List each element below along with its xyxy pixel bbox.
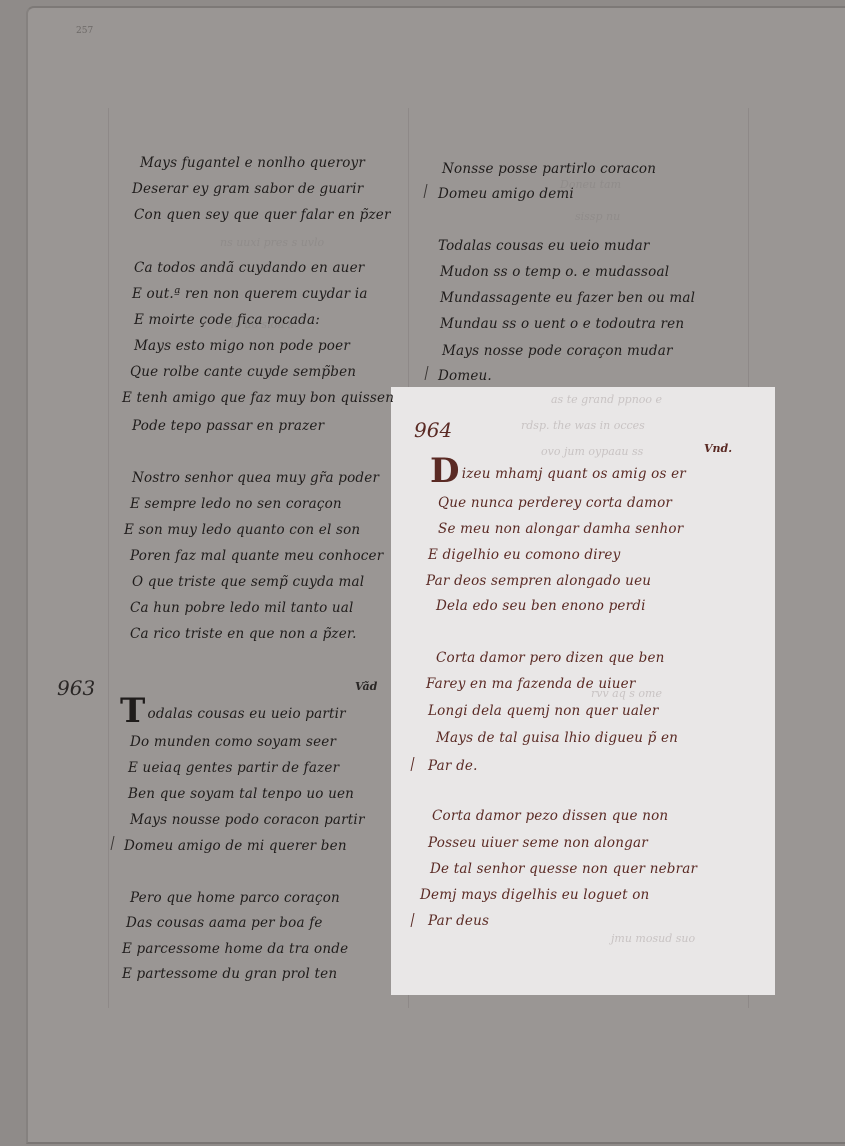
verse-line: O que triste que semp̃ cuyda mal — [132, 574, 364, 590]
verse-line: Longi dela quemj non quer ualer — [428, 703, 659, 719]
poem-number: 963 — [57, 676, 95, 700]
drop-cap: D — [430, 451, 460, 491]
verse-line: Mundassagente eu fazer ben ou mal — [440, 290, 695, 306]
verse-line: Nonsse posse partirlo coracon — [442, 161, 656, 177]
poem-number: 964 — [414, 418, 452, 442]
verse-line: Ca todos andã cuydando en auer — [134, 260, 364, 276]
bleed-through-text: jmu mosud suo — [611, 932, 695, 945]
verse-line: Par de. — [428, 758, 478, 774]
verse-line: Demj mays digelhis eu loguet on — [420, 887, 649, 903]
verse-line: Pero que home parco coraçon — [130, 890, 340, 906]
folio-number: 257 — [76, 26, 93, 36]
verse-line: Se meu non alongar damha senhor — [438, 521, 683, 537]
verse-line: Domeu amigo de mi querer ben — [124, 838, 347, 854]
bleed-through-text: sissp nu — [575, 210, 620, 223]
verse-line: Dela edo seu ben enono perdi — [436, 598, 646, 614]
verse-line: Ca hun pobre ledo mil tanto ual — [130, 600, 354, 616]
verse-line: Corta damor pezo dissen que non — [432, 808, 668, 824]
verse-line: Domeu amigo demi — [438, 186, 574, 202]
verse-line: Deserar ey gram sabor de guarir — [132, 181, 363, 197]
verse-line: Pode tepo passar en prazer — [132, 418, 324, 434]
verse-line: Par deos sempren alongado ueu — [426, 573, 651, 589]
margin-annotation: Vnd. — [704, 442, 732, 455]
verse-line: Con quen sey que quer falar en p̃zer — [134, 207, 391, 223]
verse-line: Todalas cousas eu ueio mudar — [438, 238, 650, 254]
verse-line: E moirte çode fica rocada: — [134, 312, 320, 328]
verse-line: E ueiaq gentes partir de fazer — [128, 760, 339, 776]
verse-line: Domeu. — [438, 368, 492, 384]
verse-line: Mudon ss o temp o. e mudassoal — [440, 264, 669, 280]
verse-line: E out.ª ren non querem cuydar ia — [132, 286, 368, 302]
verse-line: Corta damor pero dizen que ben — [436, 650, 665, 666]
verse-line: Poren faz mal quante meu conhocer — [130, 548, 383, 564]
verse-line: Posseu uiuer seme non alongar — [428, 835, 648, 851]
verse-text: izeu mhamj quant os amig os er — [462, 466, 686, 482]
verse-line: De tal senhor quesse non quer nebrar — [430, 861, 697, 877]
verse-line: Mays esto migo non pode poer — [134, 338, 350, 354]
verse-line: Que nunca perderey corta damor — [438, 495, 672, 511]
bleed-through-text: rdsp. the was in occes — [521, 419, 645, 432]
verse-line: Que rolbe cante cuyde semp̃ben — [130, 364, 356, 380]
margin-annotation: Vãd — [355, 680, 377, 693]
verse-line: E partessome du gran prol ten — [122, 966, 337, 982]
verse-line-with-initial: Dizeu mhamj quant os amig os er — [430, 466, 686, 482]
verse-line: Mays fugantel e nonlho queroyr — [140, 155, 365, 171]
verse-line: E parcessome home da tra onde — [122, 941, 348, 957]
bleed-through-text: ns uuxi pres s uvlo — [220, 236, 324, 249]
verse-line: Mundau ss o uent o e todoutra ren — [440, 316, 684, 332]
verse-line: E son muy ledo quanto con el son — [124, 522, 360, 538]
verse-line: Mays de tal guisa lhio digueu p̃ en — [436, 730, 678, 746]
verse-line: Mays nousse podo coracon partir — [130, 812, 365, 828]
verse-line: Farey en ma fazenda de uiuer — [426, 676, 635, 692]
verse-line: Das cousas aama per boa fe — [126, 915, 323, 931]
bleed-through-text: as te grand ppnoo e — [551, 393, 662, 406]
verse-line: Nostro senhor quea muy gr̃a poder — [132, 470, 379, 486]
ruling-line — [108, 108, 109, 1008]
verse-line: Do munden como soyam seer — [130, 734, 336, 750]
verse-line: E sempre ledo no sen coraçon — [130, 496, 342, 512]
verse-line: Ben que soyam tal tenpo uo uen — [128, 786, 354, 802]
verse-line: Par deus — [428, 913, 489, 929]
verse-line: Ca rico triste en que non a p̃zer. — [130, 626, 357, 642]
verse-line: E digelhio eu comono direy — [428, 547, 620, 563]
verse-line: E tenh amigo que faz muy bon quissen — [122, 390, 394, 406]
verse-line: Mays nosse pode coraçon mudar — [442, 343, 673, 359]
verse-line-with-initial: Todalas cousas eu ueio partir — [120, 706, 346, 722]
verse-text: odalas cousas eu ueio partir — [148, 706, 346, 722]
drop-cap: T — [120, 691, 146, 731]
bleed-through-text: ovo jum oypaau ss — [541, 445, 643, 458]
